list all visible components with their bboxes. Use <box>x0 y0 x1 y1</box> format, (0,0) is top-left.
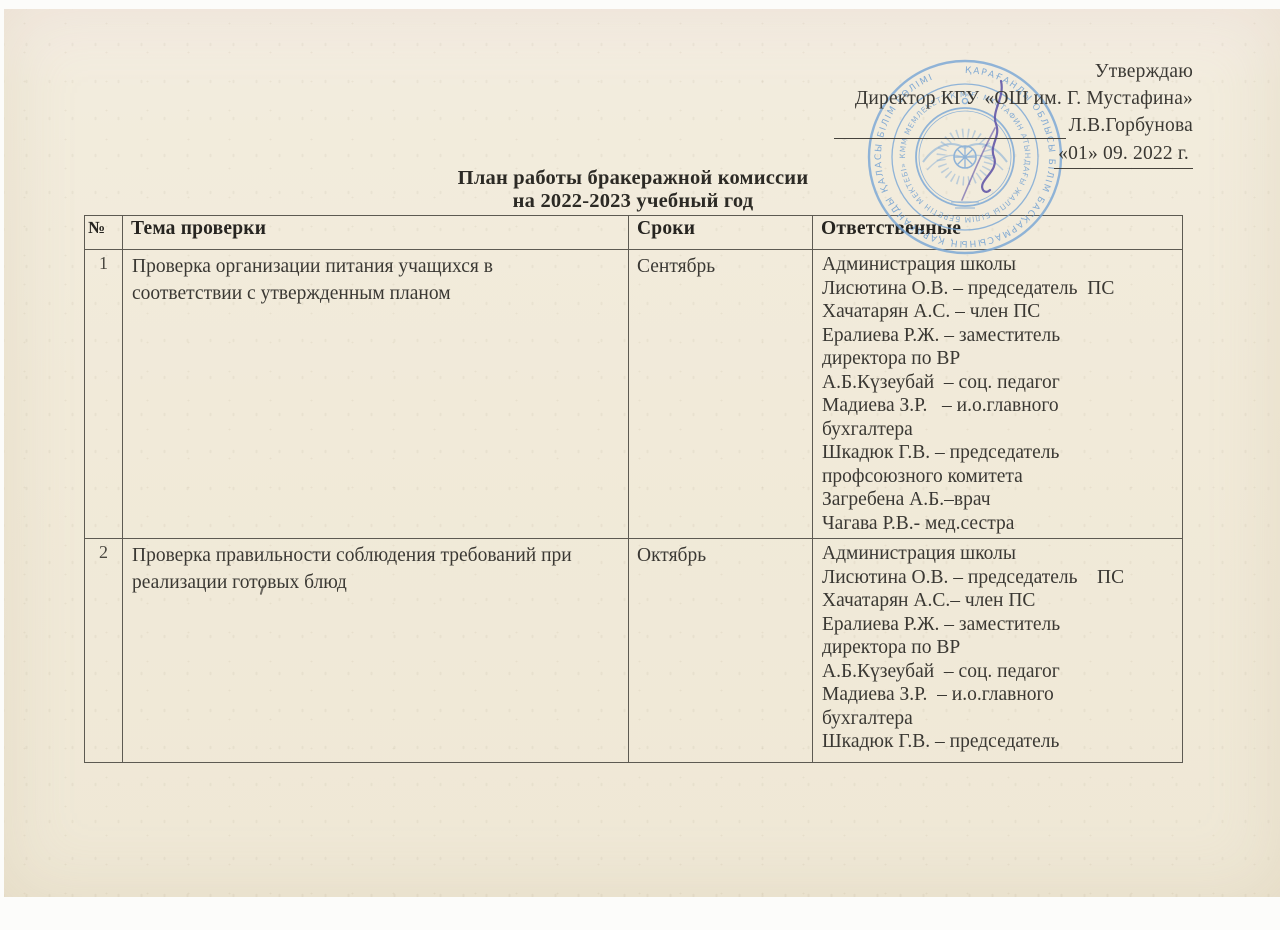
row-number: 2 <box>85 539 123 763</box>
approval-word: Утверждаю <box>834 58 1193 85</box>
row-number: 1 <box>85 250 123 539</box>
approval-date: «01» 09. 2022 г. <box>1054 140 1193 169</box>
table-row: 2 Проверка правильности соблюдения требо… <box>85 539 1183 763</box>
topic-cell: Проверка правильности соблюдения требова… <box>123 539 629 763</box>
document-title-line2: на 2022-2023 учебный год <box>84 190 1182 213</box>
table-row: 1 Проверка организации питания учащихся … <box>85 250 1183 539</box>
signature-row: Л.В.Горбунова <box>834 112 1193 139</box>
topic-cell: Проверка организации питания учащихся в … <box>123 250 629 539</box>
approval-block: Утверждаю Директор КГУ «ОШ им. Г. Мустаф… <box>834 58 1193 169</box>
header-responsible: Ответственные <box>813 216 1183 250</box>
header-topic: Тема проверки <box>123 216 629 250</box>
signature-blank-line <box>834 114 1066 139</box>
approval-date-line: «01» 09. 2022 г. <box>834 140 1193 169</box>
plan-table: № Тема проверки Сроки Ответственные 1 Пр… <box>84 215 1183 763</box>
approval-director-line: Директор КГУ «ОШ им. Г. Мустафина» <box>834 85 1193 112</box>
document-title-line1: План работы бракеражной комиссии <box>84 167 1182 190</box>
header-number: № <box>85 216 123 250</box>
responsible-cell: Администрация школы Лисютина О.В. – пред… <box>813 539 1183 763</box>
responsible-cell: Администрация школы Лисютина О.В. – пред… <box>813 250 1183 539</box>
term-cell: Октябрь <box>629 539 813 763</box>
term-cell: Сентябрь <box>629 250 813 539</box>
table-header-row: № Тема проверки Сроки Ответственные <box>85 216 1183 250</box>
header-term: Сроки <box>629 216 813 250</box>
document-title: План работы бракеражной комиссии на 2022… <box>84 167 1182 213</box>
director-name: Л.В.Горбунова <box>1069 112 1193 139</box>
